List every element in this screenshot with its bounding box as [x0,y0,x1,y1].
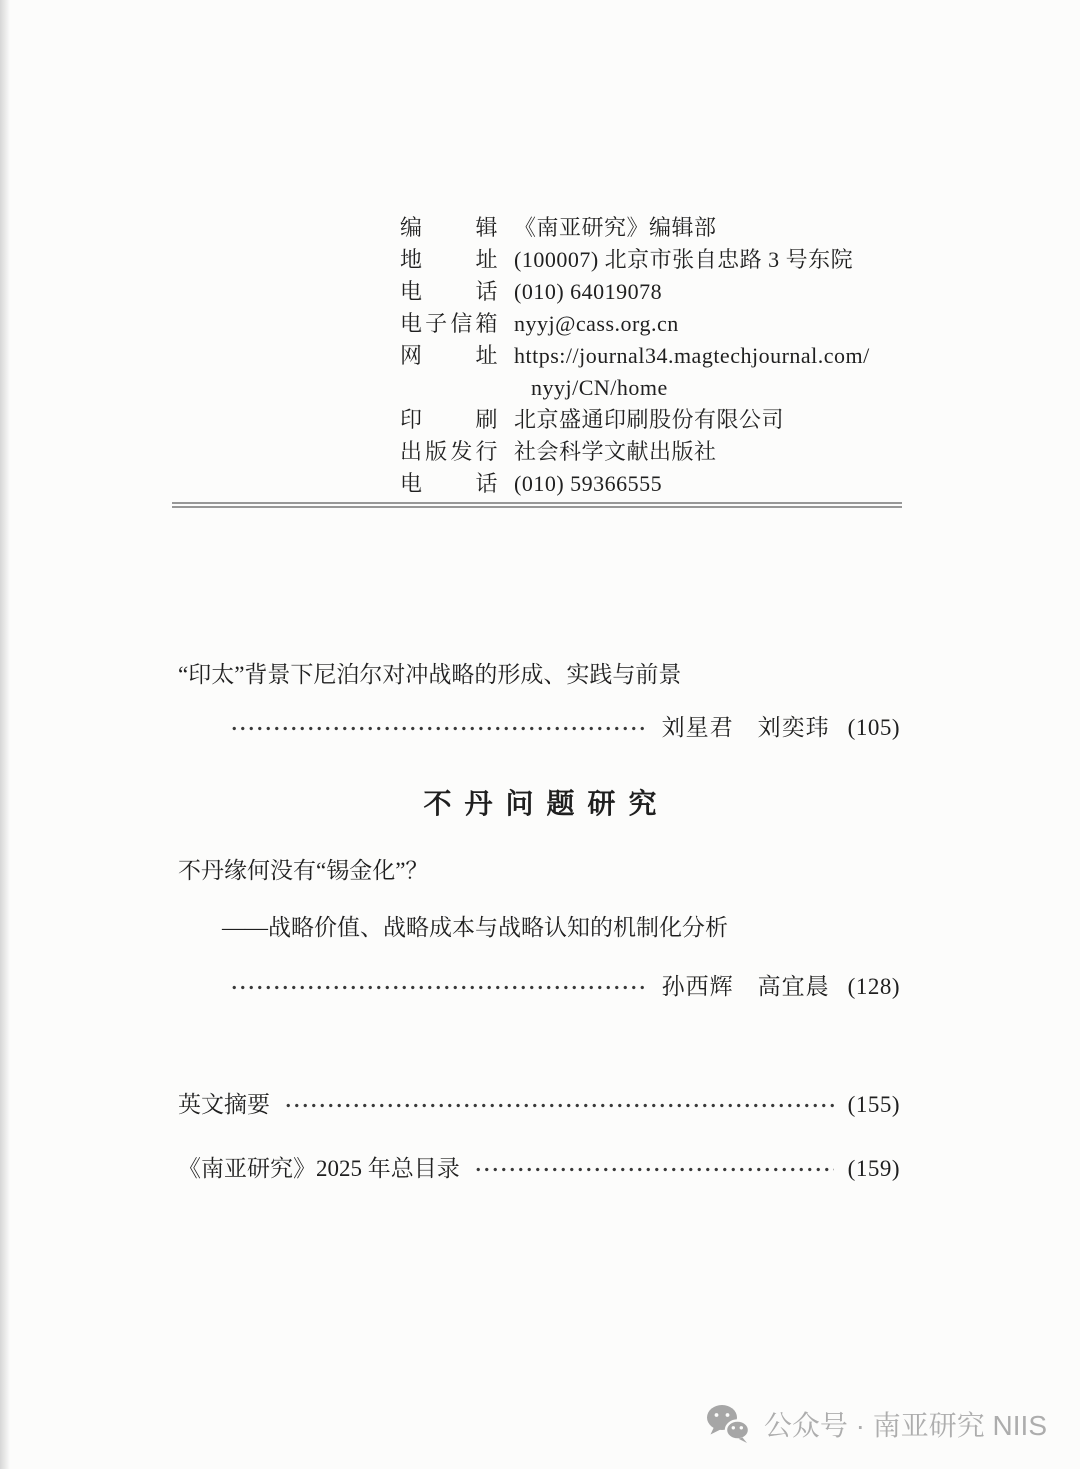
colophon-row-printer: 印刷 北京盛通印刷股份有限公司 [400,404,870,436]
toc-entry1-title: “印太”背景下尼泊尔对冲战略的形成、实践与前景 [178,660,681,690]
toc-entry2-page-number: (128) [848,972,900,1002]
colophon-email-value: nyyj@cass.org.cn [514,308,679,340]
toc-annual-index-page-number: (159) [848,1154,900,1184]
colophon-url-value: https://journal34.magtechjournal.com/ [514,340,870,372]
wechat-account-watermark: 公众号 · 南亚研究 NIIS [705,1403,1047,1445]
toc-entry2-leader-row: 孙西辉 高宜晨 (128) [230,972,900,1002]
double-rule-divider [172,502,902,508]
colophon-row-phone: 电话 (010) 64019078 [400,276,870,308]
colophon-label: 地址 [400,244,498,276]
colophon-label: 网址 [400,340,498,372]
colophon-row-publisher: 出版发行 社会科学文献出版社 [400,436,870,468]
toc-english-abstract-page-number: (155) [848,1090,900,1120]
toc-entry1-leader-row: 刘星君 刘奕玮 (105) [230,713,900,743]
page-left-edge-shadow [0,0,10,1469]
section-header-bhutan-studies: 不丹问题研究 [0,782,1080,822]
dot-leader [474,1158,834,1181]
colophon-value: (100007) 北京市张自忠路 3 号东院 [514,244,853,276]
toc-entry2-subtitle: ——战略价值、战略成本与战略认知的机制化分析 [222,913,728,943]
dot-leader [230,976,646,999]
toc-english-abstract-title: 英文摘要 [178,1090,270,1120]
colophon-label-empty [400,372,498,404]
toc-entry2-authors: 孙西辉 高宜晨 [662,972,830,1002]
toc-entry1-authors: 刘星君 刘奕玮 [662,713,830,743]
colophon-label: 印刷 [400,404,498,436]
wechat-icon [705,1403,752,1445]
toc-annual-index-row: 《南亚研究》2025 年总目录 (159) [178,1154,900,1184]
toc-annual-index-title: 《南亚研究》2025 年总目录 [178,1154,460,1184]
toc-entry1-page-number: (105) [848,713,900,743]
colophon-label: 编辑 [400,212,498,244]
wechat-account-text: 公众号 · 南亚研究 NIIS [764,1404,1047,1444]
colophon-label: 出版发行 [400,436,498,468]
colophon-row-editor: 编辑 《南亚研究》编辑部 [400,212,870,244]
colophon-label: 电子信箱 [400,308,498,340]
colophon-value: 《南亚研究》编辑部 [514,212,717,244]
toc-english-abstract-row: 英文摘要 (155) [178,1090,900,1120]
colophon-label: 电话 [400,468,498,500]
colophon-row-phone2: 电话 (010) 59366555 [400,468,870,500]
colophon-row-website: 网址 https://journal34.magtechjournal.com/ [400,340,870,372]
colophon-row-website-cont: nyyj/CN/home [400,372,870,404]
dot-leader [230,717,646,740]
colophon-block: 编辑 《南亚研究》编辑部 地址 (100007) 北京市张自忠路 3 号东院 电… [400,212,870,500]
colophon-value: (010) 64019078 [514,276,662,308]
toc-entry2-title: 不丹缘何没有“锡金化”？ [178,856,428,886]
colophon-value: 社会科学文献出版社 [514,436,717,468]
colophon-label: 电话 [400,276,498,308]
dot-leader [284,1094,834,1117]
colophon-row-address: 地址 (100007) 北京市张自忠路 3 号东院 [400,244,870,276]
journal-toc-page: 编辑 《南亚研究》编辑部 地址 (100007) 北京市张自忠路 3 号东院 电… [0,0,1080,1469]
colophon-row-email: 电子信箱 nyyj@cass.org.cn [400,308,870,340]
colophon-value: (010) 59366555 [514,468,662,500]
colophon-url-continuation: nyyj/CN/home [531,372,668,404]
colophon-value: 北京盛通印刷股份有限公司 [514,404,784,436]
